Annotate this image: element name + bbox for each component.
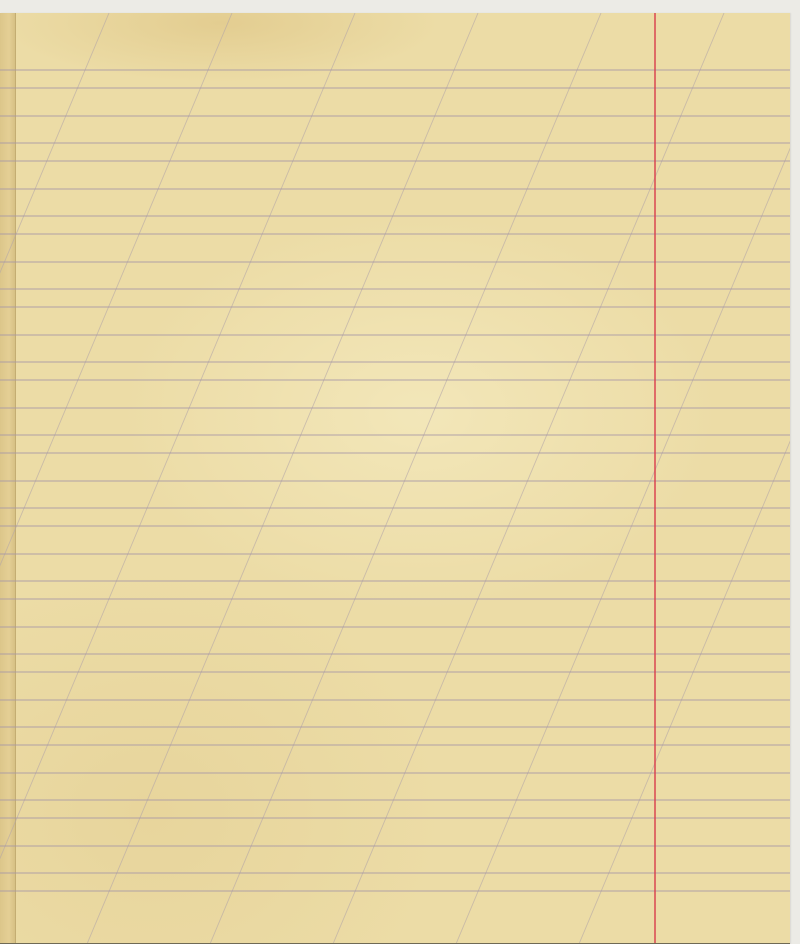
slant-guide-line <box>579 13 790 943</box>
paper-sheet <box>0 13 790 944</box>
slant-guide-line <box>333 13 724 943</box>
slant-guide-line <box>0 13 232 943</box>
slant-guide-line <box>0 13 109 943</box>
slant-guide-line <box>0 13 355 943</box>
slant-guide-line <box>456 13 790 943</box>
ruled-lines <box>0 13 790 943</box>
slant-guide-line <box>87 13 478 943</box>
slant-guide-line <box>210 13 601 943</box>
